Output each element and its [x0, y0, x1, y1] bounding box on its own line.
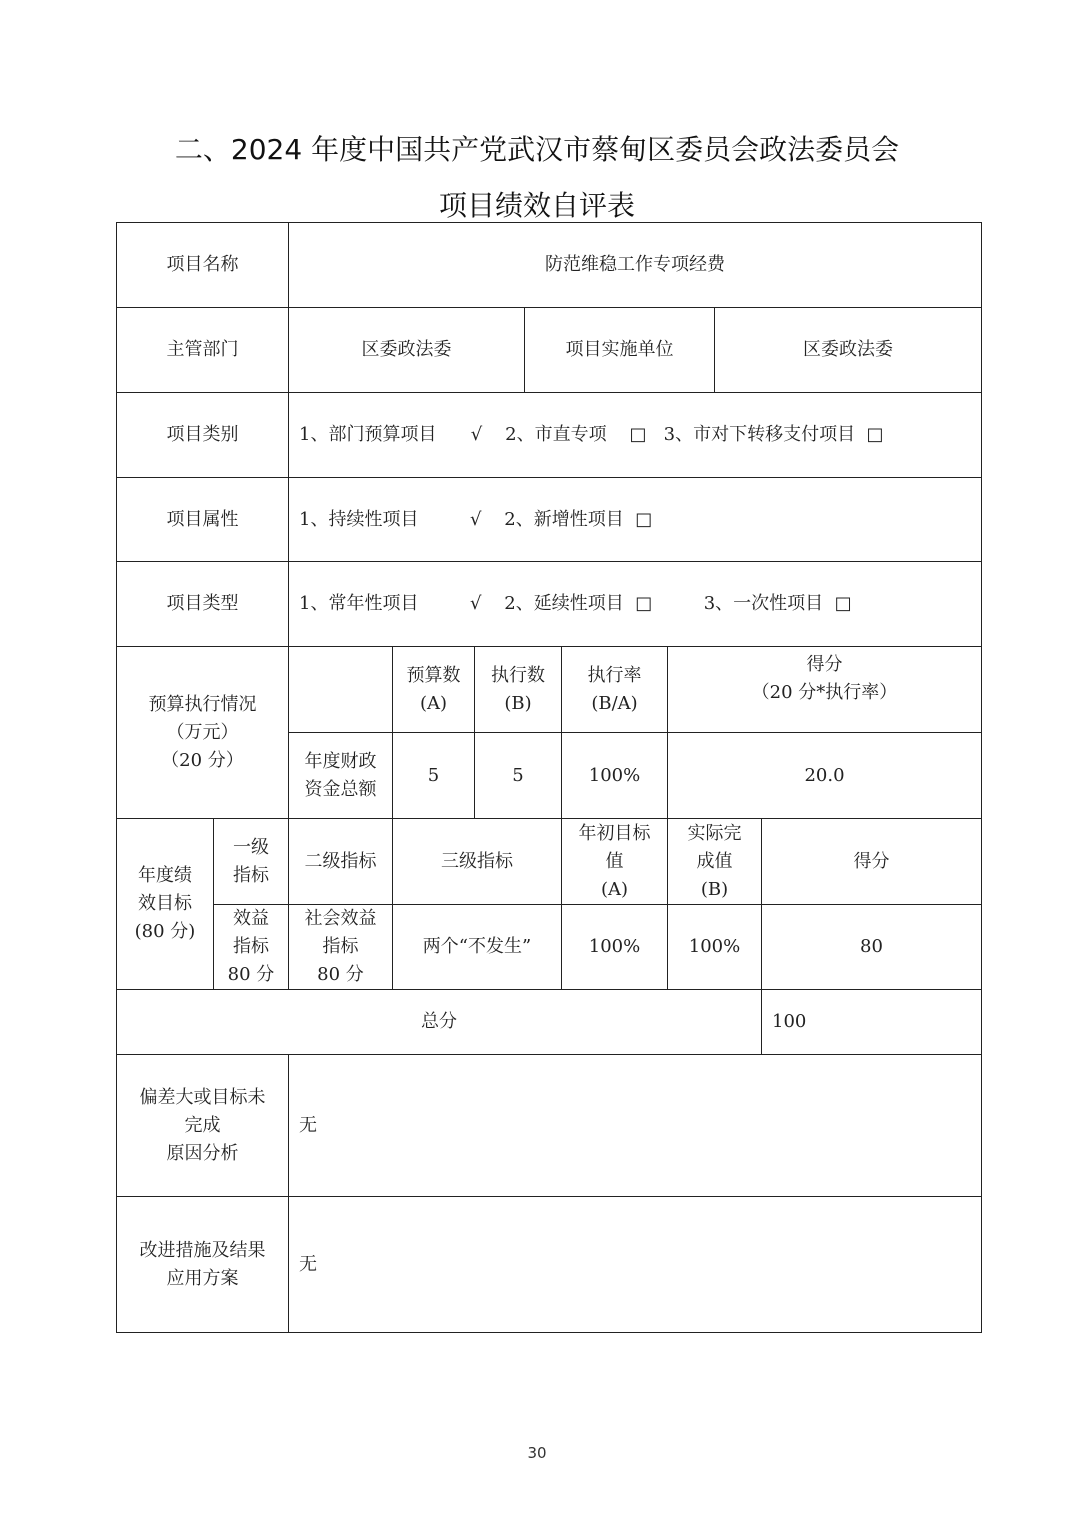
perf-header-actual: 实际完 成值 (B)	[667, 818, 762, 905]
performance-label: 年度绩 效目标 (80 分)	[116, 818, 214, 990]
budget-header-empty	[288, 646, 393, 733]
perf-level1-value: 效益 指标 80 分	[213, 904, 289, 990]
improvement-label: 改进措施及结果 应用方案	[116, 1196, 289, 1333]
page-number: 30	[0, 1444, 1074, 1462]
perf-header-level2: 二级指标	[288, 818, 393, 905]
department-label: 主管部门	[116, 307, 289, 393]
perf-header-score: 得分	[761, 818, 982, 905]
budget-header-rate: 执行率 (B/A)	[561, 646, 668, 733]
deviation-label: 偏差大或目标未 完成 原因分析	[116, 1054, 289, 1197]
deviation-value: 无	[288, 1054, 982, 1197]
budget-label: 预算执行情况 （万元） （20 分）	[116, 646, 289, 819]
total-label: 总分	[116, 989, 762, 1055]
perf-score-value: 80	[761, 904, 982, 990]
perf-target-value: 100%	[561, 904, 668, 990]
attribute-options: 1、持续性项目 √ 2、新增性项目 □	[288, 477, 982, 562]
impl-unit-value: 区委政法委	[714, 307, 982, 393]
perf-header-target: 年初目标 值 (A)	[561, 818, 668, 905]
type-options: 1、常年性项目 √ 2、延续性项目 □ 3、一次性项目 □	[288, 561, 982, 647]
type-label: 项目类型	[116, 561, 289, 647]
page-title-line1: 二、2024 年度中国共产党武汉市蔡甸区委员会政法委员会	[0, 128, 1074, 168]
department-value: 区委政法委	[288, 307, 525, 393]
total-value: 100	[761, 989, 982, 1055]
page-title-line2: 项目绩效自评表	[0, 184, 1074, 224]
project-name-value: 防范维稳工作专项经费	[288, 222, 982, 308]
budget-value-a: 5	[392, 732, 475, 819]
perf-actual-value: 100%	[667, 904, 762, 990]
attribute-label: 项目属性	[116, 477, 289, 562]
budget-header-b: 执行数 (B)	[474, 646, 562, 733]
perf-level3-value: 两个“不发生”	[392, 904, 562, 990]
project-name-label: 项目名称	[116, 222, 289, 308]
budget-value-score: 20.0	[667, 732, 982, 819]
improvement-value: 无	[288, 1196, 982, 1333]
category-options: 1、部门预算项目 √ 2、市直专项 □ 3、市对下转移支付项目 □	[288, 392, 982, 478]
budget-header-score: 得分 （20 分*执行率）	[667, 646, 982, 733]
perf-level2-value: 社会效益 指标 80 分	[288, 904, 393, 990]
perf-header-level3: 三级指标	[392, 818, 562, 905]
budget-value-b: 5	[474, 732, 562, 819]
budget-header-a: 预算数 (A)	[392, 646, 475, 733]
category-label: 项目类别	[116, 392, 289, 478]
perf-header-level1: 一级 指标	[213, 818, 289, 905]
impl-unit-label: 项目实施单位	[524, 307, 715, 393]
budget-row-label: 年度财政 资金总额	[288, 732, 393, 819]
budget-value-rate: 100%	[561, 732, 668, 819]
